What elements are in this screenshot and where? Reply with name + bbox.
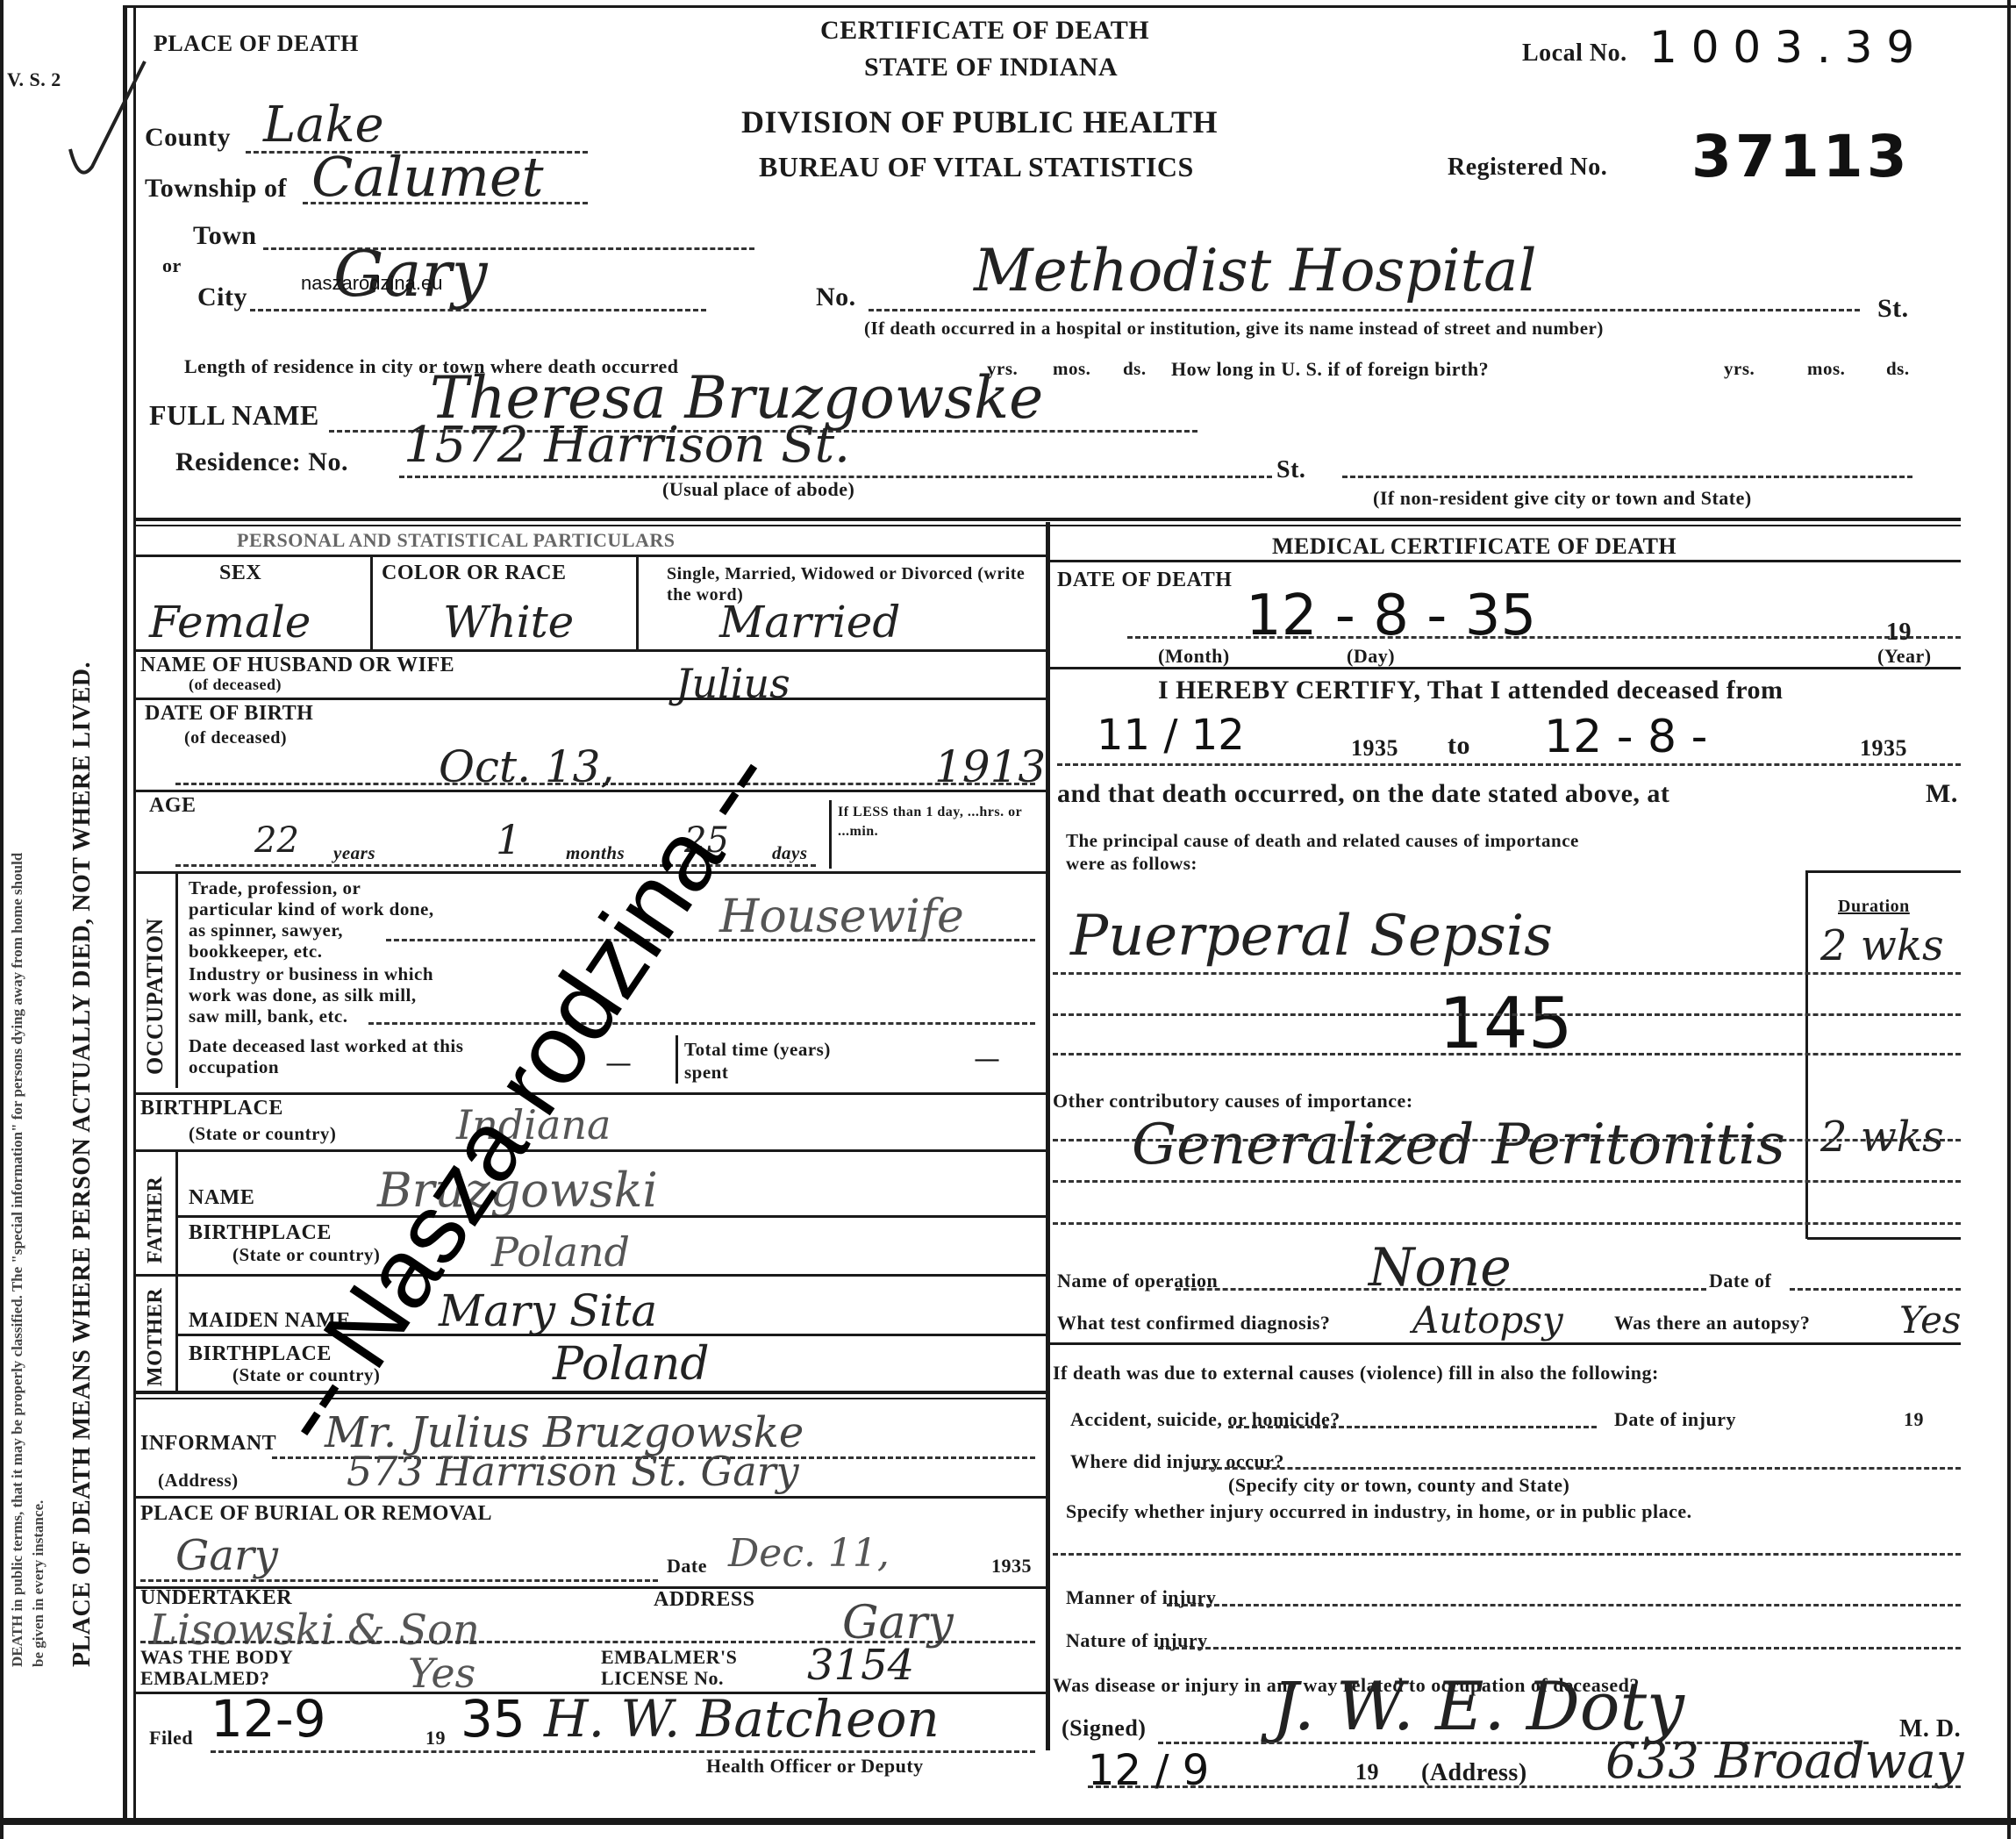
cause-duration: 2 wks [1820,921,1944,970]
dod-19: 19 [1886,619,1912,647]
age-days-label: days [772,842,808,864]
frame-bottom [0,1818,2016,1825]
frame-right [2007,0,2011,1839]
month-label: (Month) [1158,645,1230,668]
license-label: EMBALMER'S LICENSE No. [601,1647,776,1689]
frame-left-inner [133,7,136,1823]
medical-section-title: MEDICAL CERTIFICATE OF DEATH [1272,533,1676,560]
col-line [175,1151,178,1274]
birthplace-label: BIRTHPLACE [140,1097,283,1120]
embalmed-label: WAS THE BODY EMBALMED? [140,1647,395,1689]
col-line [636,555,639,649]
mother-maiden-value: Mary Sita [439,1285,657,1336]
race-value: White [443,597,574,648]
watermark-main: -- Nasza rodzina -- [248,726,797,1464]
health-officer-signature: H. W. Batcheon [544,1689,940,1749]
section-divider-top [136,518,1961,521]
father-name-label: NAME [189,1186,254,1210]
bureau-title: BUREAU OF VITAL STATISTICS [759,151,1194,183]
length-mos: mos. [1053,358,1090,380]
spouse-sub: (of deceased) [189,676,282,694]
age-years-value: 22 [254,820,299,861]
autopsy-value: Yes [1899,1299,1962,1342]
filed-year: 35 [461,1689,525,1749]
personal-section-title: PERSONAL AND STATISTICAL PARTICULARS [237,529,676,552]
certificate-title: CERTIFICATE OF DEATH [820,16,1149,46]
dod-label: DATE OF DEATH [1057,569,1232,592]
certify-text: I HEREBY CERTIFY, That I attended deceas… [1158,676,1784,705]
autopsy-label: Was there an autopsy? [1614,1312,1810,1335]
margin-small-text-2: be given in every instance. [30,1500,47,1667]
operation-line [1176,1288,1706,1291]
spouse-label: NAME OF HUSBAND OR WIFE [140,654,454,677]
birthplace-sub: (State or country) [189,1123,336,1145]
if-less-label: If LESS than 1 day, ...hrs. or ...min. [838,803,1031,841]
col-line [370,555,373,649]
specify-label: Specify whether injury occurred in indus… [1066,1500,1692,1523]
trade-label: Trade, profession, or particular kind of… [189,877,443,962]
division-title: DIVISION OF PUBLIC HEALTH [741,104,1218,140]
mother-bp-value: Poland [553,1338,710,1391]
last-worked-label: Date deceased last worked at this occupa… [189,1035,469,1077]
row-line [136,1149,1048,1152]
cause-line-2 [1053,1013,1961,1016]
row-line [136,649,1048,652]
row-line [1048,667,1961,669]
death-occurred-text: and that death occurred, on the date sta… [1057,779,1669,809]
duration-box-bottom [1807,1237,1961,1240]
frame-left-outer [123,7,127,1823]
frame-top [123,5,2016,8]
row-line [136,790,1048,792]
duration-label: Duration [1838,897,1910,917]
no-line [869,309,1860,311]
sex-value: Female [149,597,311,648]
injury-date-19: 19 [1904,1408,1924,1431]
duration-box-top [1807,870,1961,873]
margin-small-text-1: DEATH in public terms, that it may be pr… [9,853,26,1667]
filed-line [211,1750,1035,1753]
dob-sub: (of deceased) [184,728,287,748]
date-of-label: Date of [1709,1270,1771,1292]
column-divider [1046,522,1050,1750]
state-title: STATE OF INDIANA [864,53,1118,82]
day-label: (Day) [1347,645,1395,668]
other-line-1 [1053,1139,1961,1141]
where-injury-label: Where did injury occur? [1070,1450,1284,1473]
date-of-line [1790,1288,1961,1291]
race-label: COLOR OR RACE [382,562,567,585]
or-label: or [162,254,182,277]
length-ds: ds. [1123,358,1147,380]
external-causes-label: If death was due to external causes (vio… [1053,1362,1659,1385]
attended-to-year: 1935 [1860,735,1907,762]
informant-address-label: (Address) [158,1470,239,1492]
no-label: No. [816,283,856,312]
frame-far-left [0,0,4,1839]
filed-value: 12-9 [211,1689,326,1749]
specify-line [1053,1553,1961,1556]
industry-line [368,1022,1035,1025]
where-line [1193,1467,1961,1470]
injury-date-label: Date of injury [1614,1408,1736,1431]
total-time-label: Total time (years) spent [684,1038,833,1084]
checkmark-icon [53,53,149,184]
residence-note: (Usual place of abode) [662,478,854,501]
row-line [136,871,1048,874]
nonresident-note: (If non-resident give city or town and S… [1373,487,1752,510]
cause-line-3 [1053,1053,1961,1055]
local-no-value: 1 0 0 3 . 3 9 [1649,22,1914,73]
attended-from: 11 / 12 [1097,711,1245,760]
foreign-birth-label: How long in U. S. if of foreign birth? [1171,358,1489,381]
dob-value: Oct. 13, [439,741,614,792]
father-side-label: FATHER [144,1177,168,1263]
attended-line [1057,763,1961,766]
dob-year: 1913 [934,741,1046,792]
burial-line [140,1579,658,1582]
foreign-ds: ds. [1886,358,1910,380]
test-label: What test confirmed diagnosis? [1057,1312,1330,1335]
father-bp-label: BIRTHPLACE [189,1221,332,1245]
trade-value: Housewife [719,891,964,943]
registered-no-value: 37113 [1691,123,1911,190]
town-label: Town [193,221,257,251]
local-no-label: Local No. [1522,39,1627,68]
other-duration: 2 wks [1820,1113,1944,1162]
township-label: Township of [145,174,287,204]
burial-date-value: Dec. 11, [728,1531,890,1576]
other-causes-label: Other contributory causes of importance: [1053,1090,1413,1113]
dob-label: DATE OF BIRTH [145,702,313,726]
age-label: AGE [149,794,197,818]
license-value: 3154 [807,1641,914,1690]
to-label: to [1448,731,1470,761]
occupation-side-label: OCCUPATION [142,918,168,1075]
col-line [175,873,178,1088]
burial-date-label: Date [667,1555,707,1578]
city-label: City [197,283,247,312]
row-line [136,698,1048,700]
township-value: Calumet [311,145,544,209]
dod-value: 12 - 8 - 35 [1246,583,1536,648]
address-label: (Address) [1421,1759,1527,1787]
total-time-value: — [974,1044,1000,1075]
cause-line-1 [1053,972,1961,975]
col-line [829,800,832,869]
industry-label: Industry or business in which work was d… [189,963,452,1027]
row-line [136,555,1048,557]
informant-label: INFORMANT [140,1432,276,1456]
place-of-death-label: PLACE OF DEATH [154,31,359,57]
hospital-note: (If death occurred in a hospital or inst… [864,318,1604,340]
watermark-site: naszarodzina.eu [301,272,442,295]
manner-line [1167,1604,1961,1606]
m-label: M. [1926,779,1958,809]
where-note: (Specify city or town, county and State) [1228,1474,1569,1497]
address-line [1088,1785,1961,1788]
full-name-label: FULL NAME [149,399,319,432]
burial-label: PLACE OF BURIAL OR REMOVAL [140,1502,492,1526]
other-line-3 [1053,1222,1961,1225]
row-line [136,1496,1048,1499]
residence-label: Residence: No. [175,447,348,477]
health-officer-label: Health Officer or Deputy [706,1755,924,1778]
test-value: Autopsy [1412,1299,1563,1342]
st-label: St. [1877,294,1909,324]
year-label: (Year) [1877,645,1932,668]
father-bp-value: Poland [491,1228,630,1276]
attended-from-year: 1935 [1351,735,1398,762]
hospital-value: Methodist Hospital [974,237,1537,304]
col-line [676,1035,678,1084]
margin-main-text: PLACE OF DEATH MEANS WHERE PERSON ACTUAL… [68,662,97,1667]
burial-year: 1935 [991,1555,1032,1578]
mother-side-label: MOTHER [144,1288,168,1386]
signed-label: (Signed) [1062,1715,1146,1742]
filed-label: Filed [149,1727,193,1750]
undertaker-address-label: ADDRESS [654,1588,755,1612]
foreign-mos: mos. [1807,358,1845,380]
accident-line [1228,1426,1597,1428]
cause-value: Puerperal Sepsis [1070,904,1553,969]
marital-value: Married [719,597,900,648]
registered-no-label: Registered No. [1448,154,1607,182]
age-months-value: 1 [496,816,521,863]
burial-value: Gary [175,1531,278,1580]
sign-year-prefix: 19 [1355,1759,1379,1785]
other-causes-value: Generalized Peritonitis [1132,1113,1785,1177]
foreign-yrs: yrs. [1724,358,1755,380]
attended-to: 12 - 8 - [1544,711,1707,763]
other-line-2 [1053,1180,1961,1183]
row-line [1048,560,1961,562]
nonresident-line [1342,476,1912,478]
cause-label: The principal cause of death and related… [1066,829,1592,875]
nature-line [1158,1647,1961,1649]
residence-value: 1572 Harrison St. [404,417,850,474]
row-line [175,1215,1048,1218]
informant-address-value: 573 Harrison St. Gary [347,1448,799,1495]
county-label: County [145,123,231,153]
sex-label: SEX [219,562,261,585]
physician-address-value: 633 Broadway [1605,1733,1964,1790]
residence-st: St. [1276,456,1305,484]
filed-year-prefix: 19 [425,1727,446,1750]
row-line [136,1274,1048,1277]
row-line [1048,1342,1961,1345]
age-years-label: years [333,842,375,864]
